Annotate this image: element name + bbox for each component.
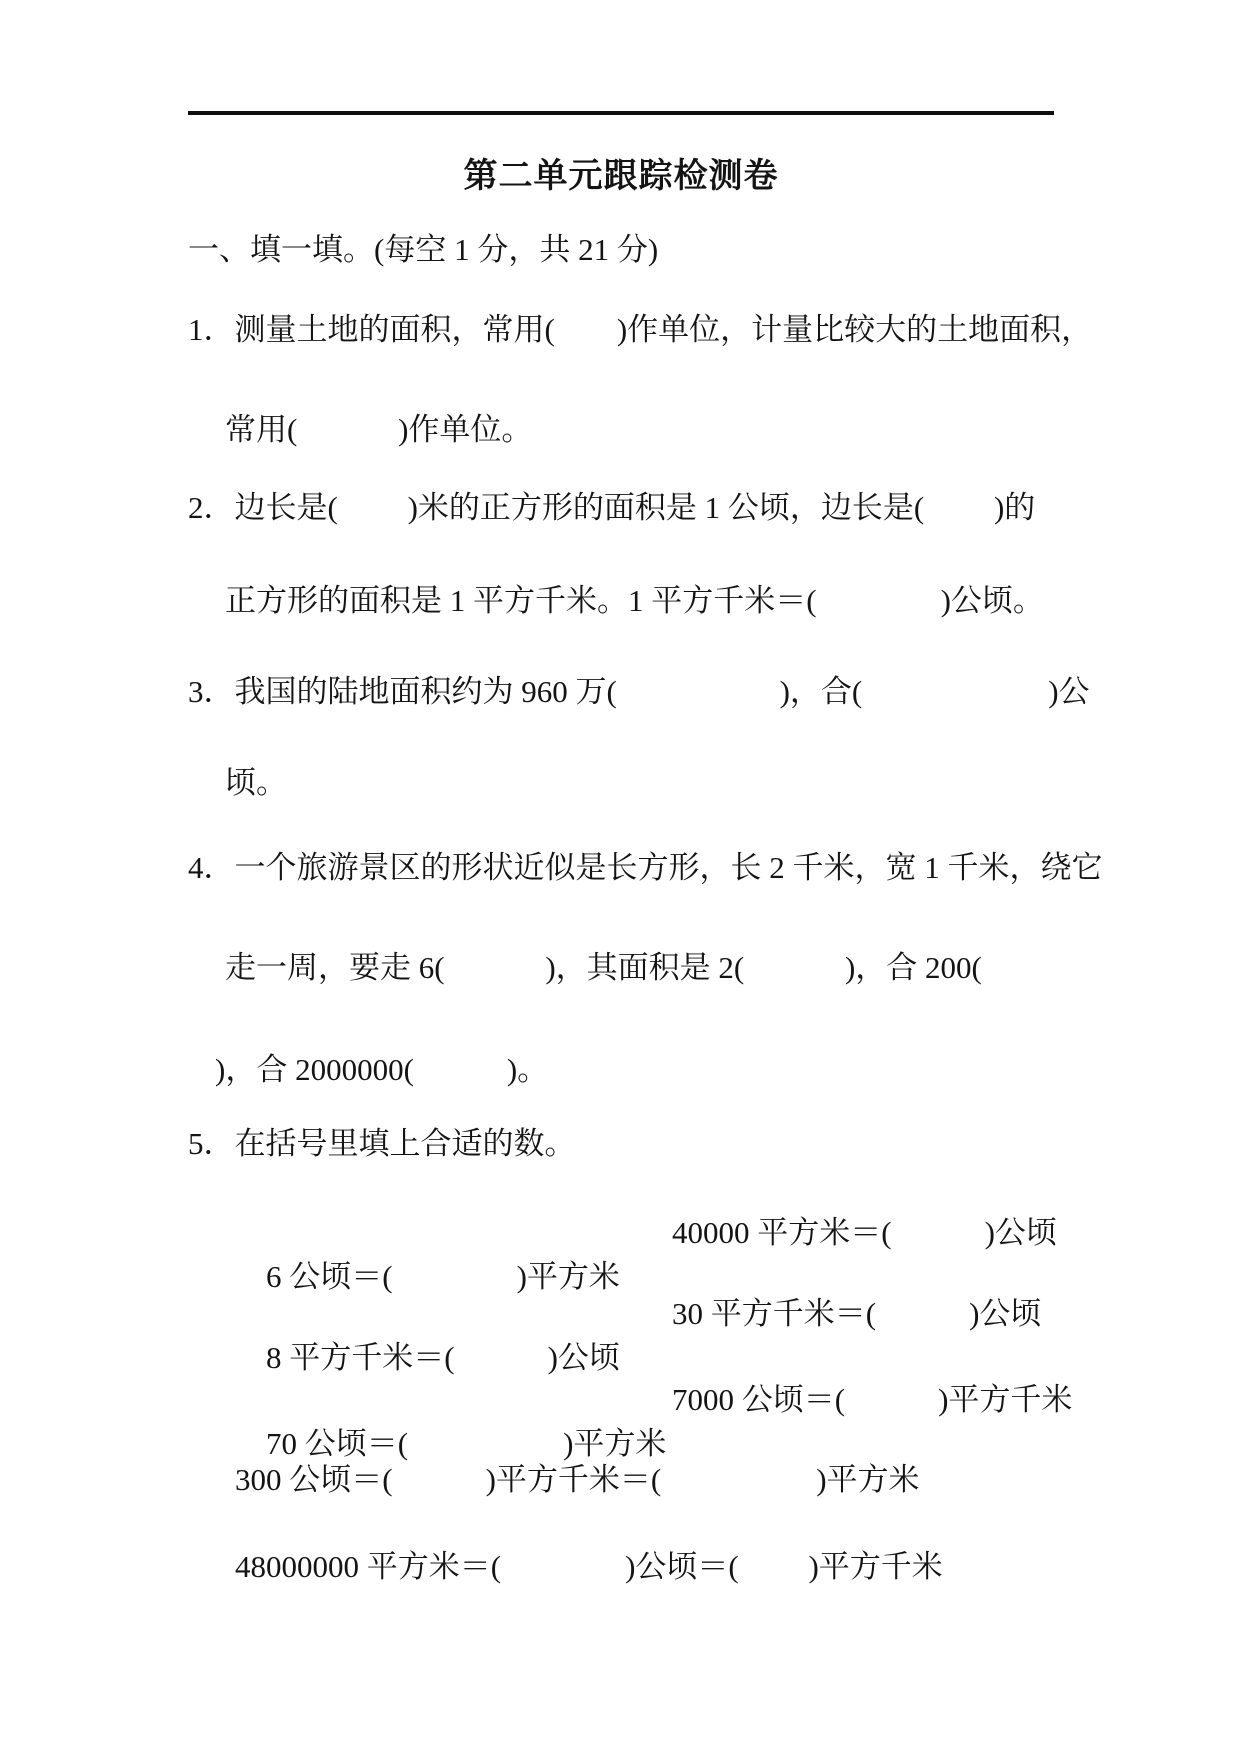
question-1-line-1: 1．测量土地的面积，常用( )作单位，计量比较大的土地面积， [188, 308, 1092, 352]
conversion-6-hectares: 6 公顷＝( )平方米 [266, 1259, 620, 1294]
conversion-30-sqkm: 30 平方千米＝( )公顷 [672, 1292, 1041, 1336]
page-title: 第二单元跟踪检测卷 [188, 155, 1054, 199]
conversion-8-sqkm: 8 平方千米＝( )公顷 [266, 1340, 620, 1375]
section-one-heading: 一、填一填。(每空 1 分，共 21 分) [188, 228, 658, 272]
header-rule-divider [188, 111, 1054, 115]
conversion-40000-sqm: 40000 平方米＝( )公顷 [672, 1211, 1057, 1255]
conversion-300-hectares: 300 公顷＝( )平方千米＝( )平方米 [235, 1458, 920, 1502]
question-4-line-2: 走一周，要走 6( )，其面积是 2( )，合 200( [225, 946, 982, 990]
question-4-line-1: 4．一个旅游景区的形状近似是长方形，长 2 千米，宽 1 千米，绕它 [188, 846, 1103, 890]
question-3-line-1: 3．我国的陆地面积约为 960 万( )，合( )公 [188, 670, 1090, 714]
question-4-line-3: )，合 2000000( )。 [215, 1048, 548, 1092]
question-3-line-2: 顷。 [225, 761, 287, 805]
question-2-line-1: 2．边长是( )米的正方形的面积是 1 公顷，边长是( )的 [188, 486, 1035, 530]
conversion-70-hectares: 70 公顷＝( )平方米 [266, 1426, 666, 1461]
question-2-line-2: 正方形的面积是 1 平方千米。1 平方千米＝( )公顷。 [225, 579, 1044, 623]
worksheet-page: 第二单元跟踪检测卷 一、填一填。(每空 1 分，共 21 分) 1．测量土地的面… [0, 0, 1241, 1754]
conversion-48000000-sqm: 48000000 平方米＝( )公顷＝( )平方千米 [235, 1545, 943, 1589]
question-1-line-2: 常用( )作单位。 [225, 408, 532, 452]
question-5-prompt: 5．在括号里填上合适的数。 [188, 1122, 576, 1166]
conversion-7000-hectares: 7000 公顷＝( )平方千米 [672, 1378, 1072, 1422]
